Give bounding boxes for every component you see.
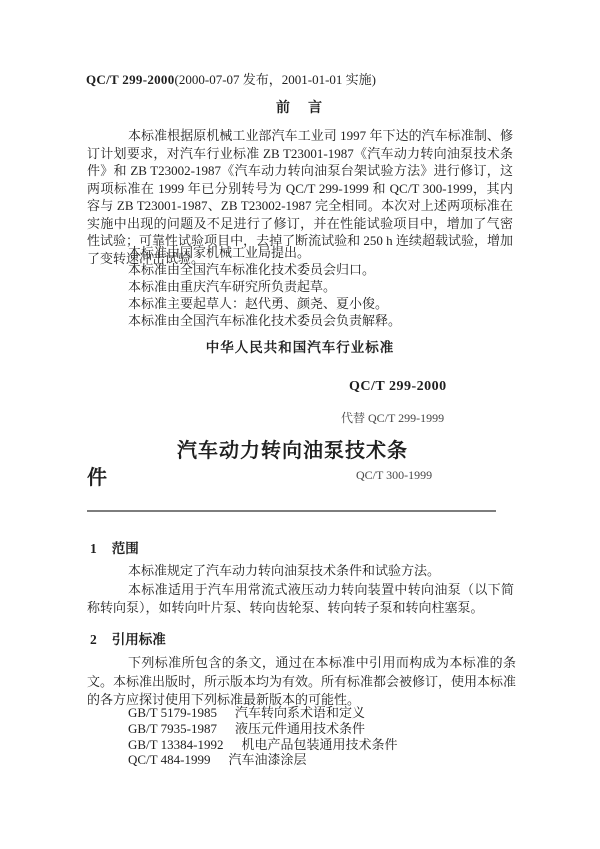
document-title-line2: 件 [87, 461, 107, 490]
section-body-references: 下列标准所包含的条文，通过在本标准中引用而构成为本标准的条文。本标准出版时，所示… [87, 654, 516, 710]
section-body-scope: 本标准规定了汽车动力转向油泵技术条件和试验方法。 本标准适用于汽车用常流式液压动… [87, 562, 514, 618]
reference-item: GB/T 13384-1992机电产品包装通用技术条件 [128, 737, 397, 753]
section-paragraph: 本标准适用于汽车用常流式液压动力转向装置中转向油泵（以下简称转向泵），如转向叶片… [87, 581, 514, 618]
page-header-line: QC/T 299-2000(2000-07-07 发布，2001-01-01 实… [86, 69, 376, 88]
reference-code: GB/T 13384-1992 [128, 737, 223, 752]
divider [87, 510, 496, 512]
foreword-statement: 本标准由重庆汽车研究所负责起草。 [87, 278, 513, 295]
section-number: 1 [90, 541, 97, 556]
document-page: QC/T 299-2000(2000-07-07 发布，2001-01-01 实… [0, 0, 600, 849]
reference-title: 液压元件通用技术条件 [235, 721, 365, 736]
foreword-statement: 本标准由全国汽车标准化技术委员会归口。 [87, 261, 513, 278]
foreword-statement: 本标准主要起草人：赵代勇、颜尧、夏小俊。 [87, 295, 513, 312]
section-heading-scope: 1范围 [90, 537, 139, 557]
reference-code: QC/T 484-1999 [128, 752, 210, 767]
reference-code: GB/T 7935-1987 [128, 721, 217, 736]
header-issue-note: (2000-07-07 发布，2001-01-01 实施) [175, 72, 376, 87]
section-heading-label: 范围 [112, 541, 139, 556]
reference-title: 汽车转向系术语和定义 [235, 705, 365, 720]
section-number: 2 [90, 632, 97, 647]
document-title-line1: 汽车动力转向油泵技术条 [177, 434, 408, 463]
supersedes-note: 代替 QC/T 299-1999 [341, 409, 444, 426]
reference-title: 机电产品包装通用技术条件 [241, 737, 397, 752]
section-paragraph: 下列标准所包含的条文，通过在本标准中引用而构成为本标准的条文。本标准出版时，所示… [87, 654, 516, 710]
section-paragraph: 本标准规定了汽车动力转向油泵技术条件和试验方法。 [87, 562, 514, 581]
companion-standard-code: QC/T 300-1999 [356, 468, 432, 483]
foreword-title: 前 言 [0, 97, 600, 117]
industry-standard-label: 中华人民共和国汽车行业标准 [0, 336, 600, 356]
section-heading-references: 2引用标准 [90, 628, 166, 648]
section-heading-label: 引用标准 [112, 632, 166, 647]
header-standard-code: QC/T 299-2000 [86, 72, 175, 87]
foreword-statement: 本标准由全国汽车标准化技术委员会负责解释。 [87, 312, 513, 329]
reference-title: 汽车油漆涂层 [228, 752, 306, 767]
reference-list: GB/T 5179-1985汽车转向系术语和定义 GB/T 7935-1987液… [128, 705, 397, 768]
foreword-statement: 本标准由国家机械工业局提出。 [87, 244, 513, 261]
reference-code: GB/T 5179-1985 [128, 705, 217, 720]
reference-item: GB/T 7935-1987液压元件通用技术条件 [128, 721, 397, 737]
foreword-statements: 本标准由国家机械工业局提出。 本标准由全国汽车标准化技术委员会归口。 本标准由重… [87, 244, 513, 329]
reference-item: GB/T 5179-1985汽车转向系术语和定义 [128, 705, 397, 721]
reference-item: QC/T 484-1999汽车油漆涂层 [128, 752, 397, 768]
standard-code: QC/T 299-2000 [349, 379, 447, 395]
